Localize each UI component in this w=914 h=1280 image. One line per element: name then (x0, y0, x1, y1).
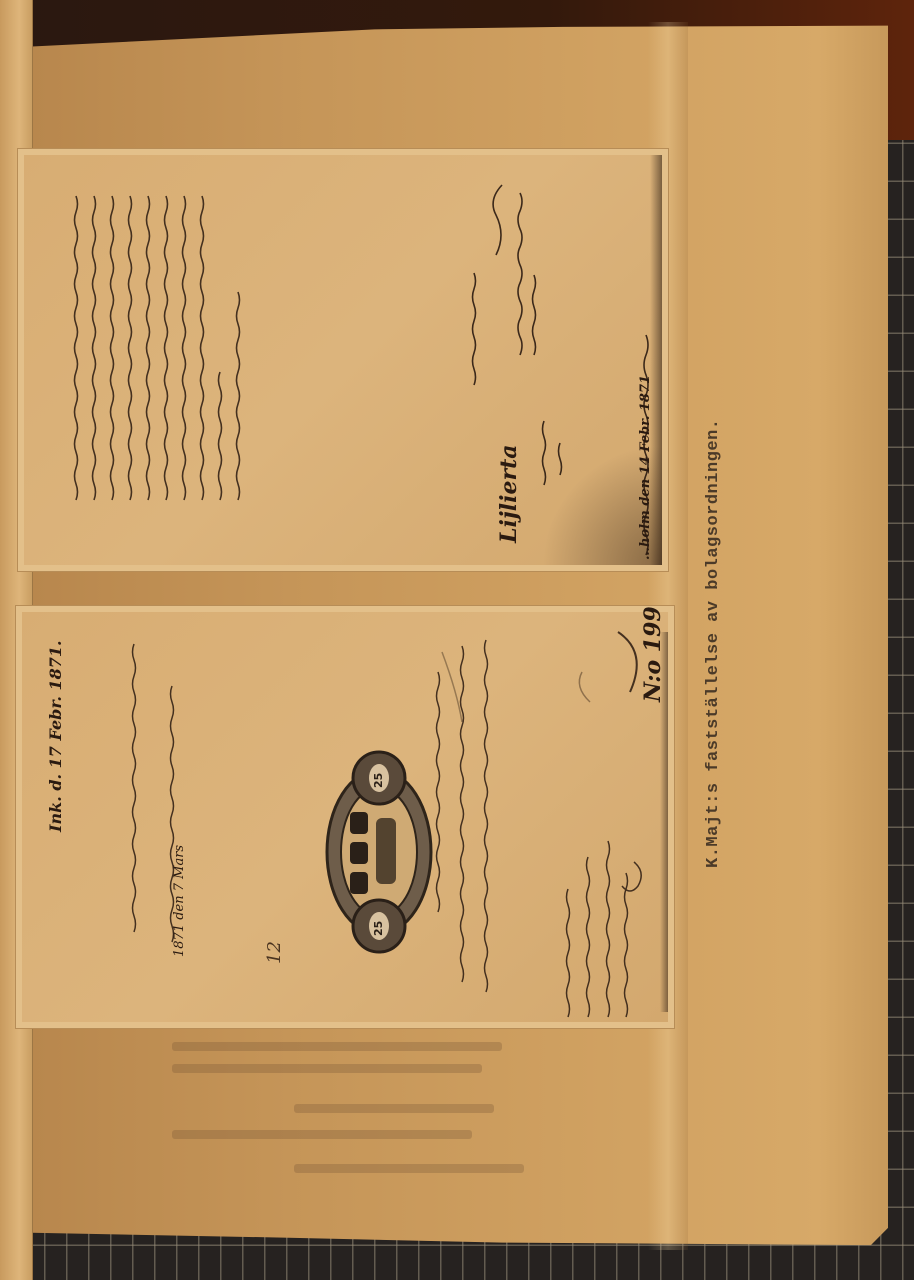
margin-mark: 12 (264, 941, 285, 964)
document-number: N:o 199 (640, 606, 666, 702)
received-date-stamp: Ink. d. 17 Febr. 1871. (46, 640, 65, 832)
seal-value-top: 25 (372, 773, 385, 788)
place-date-line: …holm den 14 Febr. 1871 (638, 375, 653, 560)
photocopy-letter-upper: Lijlierta …holm den 14 Febr. 1871 (24, 155, 662, 565)
handwriting-body-lines (24, 155, 662, 565)
typewritten-caption: K.Majt:s fastställelse av bolagsordninge… (704, 419, 723, 868)
seal-value-bottom: 25 (372, 921, 385, 936)
stamp-seal-icon: 25 25 (320, 748, 438, 956)
date-line: 1871 den 7 Mars (172, 845, 187, 957)
signature-lijlierta: Lijlierta (496, 444, 522, 543)
